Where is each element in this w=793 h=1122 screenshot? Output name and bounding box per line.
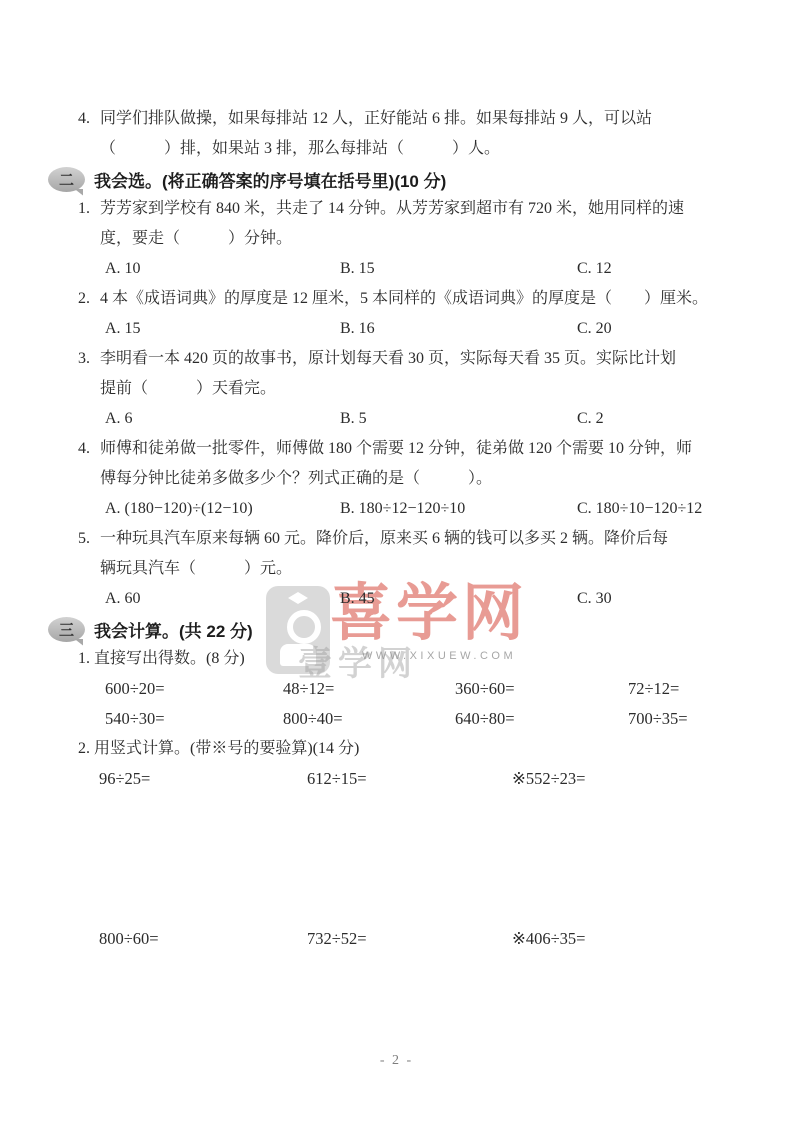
q4-line1: 4.师傅和徒弟做一批零件，师傅做 180 个需要 12 分钟，徒弟做 120 个… bbox=[0, 434, 793, 464]
q2-options-row: A. 15 B. 16 C. 20 bbox=[0, 314, 793, 344]
calc-item: ※552÷23= bbox=[512, 764, 793, 794]
q5-option-c: C. 30 bbox=[577, 584, 793, 614]
fill-item-line2: （ ）排，如果站 3 排，那么每排站（ ）人。 bbox=[0, 134, 793, 164]
section-2-title: 我会选。(将正确答案的序号填在括号里)(10 分) bbox=[94, 167, 446, 192]
calc-item: 700÷35= bbox=[628, 704, 793, 734]
paper-content: 4.同学们排队做操，如果每排站 12 人，正好能站 6 排。如果每排站 9 人，… bbox=[0, 0, 793, 1069]
calc-item: 96÷25= bbox=[99, 764, 307, 794]
q2-option-b: B. 16 bbox=[340, 314, 577, 344]
question-number: 4. bbox=[78, 434, 100, 464]
section-3-title: 我会计算。(共 22 分) bbox=[94, 617, 253, 642]
question-text: 提前（ ）天看完。 bbox=[100, 380, 276, 397]
q3-options-row: A. 6 B. 5 C. 2 bbox=[0, 404, 793, 434]
calc-item: 732÷52= bbox=[307, 924, 512, 954]
calc-item: 72÷12= bbox=[628, 674, 793, 704]
q3-option-c: C. 2 bbox=[577, 404, 793, 434]
q5-option-a: A. 60 bbox=[105, 584, 340, 614]
q4-option-c: C. 180÷10−120÷12 bbox=[577, 494, 793, 524]
fill-item-line1: 4.同学们排队做操，如果每排站 12 人，正好能站 6 排。如果每排站 9 人，… bbox=[0, 104, 793, 134]
q1-option-b: B. 15 bbox=[340, 254, 577, 284]
q4-option-a: A. (180−120)÷(12−10) bbox=[105, 494, 340, 524]
calc-item: 600÷20= bbox=[105, 674, 283, 704]
calc-item: 48÷12= bbox=[283, 674, 455, 704]
subsection-title: 1. 直接写出得数。(8 分) bbox=[78, 650, 245, 667]
q2-line1: 2.4 本《成语词典》的厚度是 12 厘米，5 本同样的《成语词典》的厚度是（ … bbox=[0, 284, 793, 314]
q1-line1: 1.芳芳家到学校有 840 米，共走了 14 分钟。从芳芳家到超市有 720 米… bbox=[0, 194, 793, 224]
question-number: 2. bbox=[78, 284, 100, 314]
working-space bbox=[0, 794, 793, 924]
oral-calc-row-2: 540÷30= 800÷40= 640÷80= 700÷35= bbox=[0, 704, 793, 734]
q1-option-c: C. 12 bbox=[577, 254, 793, 284]
q4-options-row: A. (180−120)÷(12−10) B. 180÷12−120÷10 C.… bbox=[0, 494, 793, 524]
q1-line2: 度，要走（ ）分钟。 bbox=[0, 224, 793, 254]
q2-option-a: A. 15 bbox=[105, 314, 340, 344]
question-text: 一种玩具汽车原来每辆 60 元。降价后，原来买 6 辆的钱可以多买 2 辆。降价… bbox=[100, 530, 668, 547]
calc-item: ※406÷35= bbox=[512, 924, 793, 954]
calc-item: 640÷80= bbox=[455, 704, 628, 734]
q4-option-b: B. 180÷12−120÷10 bbox=[340, 494, 577, 524]
q5-line2: 辆玩具汽车（ ）元。 bbox=[0, 554, 793, 584]
question-text: 傅每分钟比徒弟多做多少个？列式正确的是（ ）。 bbox=[100, 470, 492, 487]
q1-options-row: A. 10 B. 15 C. 12 bbox=[0, 254, 793, 284]
calc-item: 540÷30= bbox=[105, 704, 283, 734]
question-text: （ ）排，如果站 3 排，那么每排站（ ）人。 bbox=[100, 140, 500, 157]
column-calc-row-1: 96÷25= 612÷15= ※552÷23= bbox=[0, 764, 793, 794]
oral-calc-row-1: 600÷20= 48÷12= 360÷60= 72÷12= bbox=[0, 674, 793, 704]
question-text: 辆玩具汽车（ ）元。 bbox=[100, 560, 292, 577]
question-number: 1. bbox=[78, 194, 100, 224]
question-number: 5. bbox=[78, 524, 100, 554]
sub1-title: 1. 直接写出得数。(8 分) bbox=[0, 644, 793, 674]
section-3-marker-bubble: 三 bbox=[48, 617, 85, 642]
sub2-title: 2. 用竖式计算。(带※号的要验算)(14 分) bbox=[0, 734, 793, 764]
subsection-title: 2. 用竖式计算。(带※号的要验算)(14 分) bbox=[78, 740, 359, 757]
calc-item: 612÷15= bbox=[307, 764, 512, 794]
q5-options-row: A. 60 B. 45 C. 30 bbox=[0, 584, 793, 614]
question-text: 芳芳家到学校有 840 米，共走了 14 分钟。从芳芳家到超市有 720 米，她… bbox=[100, 200, 684, 217]
question-number: 4. bbox=[78, 104, 100, 134]
section-3-marker: 三 bbox=[59, 619, 74, 640]
section-3-header: 三 我会计算。(共 22 分) bbox=[0, 614, 793, 644]
column-calc-row-2: 800÷60= 732÷52= ※406÷35= bbox=[0, 924, 793, 954]
page-number: - 2 - bbox=[0, 1053, 793, 1069]
question-text: 4 本《成语词典》的厚度是 12 厘米，5 本同样的《成语词典》的厚度是（ ）厘… bbox=[100, 290, 708, 307]
q1-option-a: A. 10 bbox=[105, 254, 340, 284]
q3-line2: 提前（ ）天看完。 bbox=[0, 374, 793, 404]
calc-item: 360÷60= bbox=[455, 674, 628, 704]
question-text: 同学们排队做操，如果每排站 12 人，正好能站 6 排。如果每排站 9 人，可以… bbox=[100, 110, 652, 127]
test-paper-page: 壹学网 喜学网 WWW.XIXUEW.COM 4.同学们排队做操，如果每排站 1… bbox=[0, 0, 793, 1122]
question-text: 师傅和徒弟做一批零件，师傅做 180 个需要 12 分钟，徒弟做 120 个需要… bbox=[100, 440, 692, 457]
q4-line2: 傅每分钟比徒弟多做多少个？列式正确的是（ ）。 bbox=[0, 464, 793, 494]
section-2-header: 二 我会选。(将正确答案的序号填在括号里)(10 分) bbox=[0, 164, 793, 194]
q5-option-b: B. 45 bbox=[340, 584, 577, 614]
section-2-marker-bubble: 二 bbox=[48, 167, 85, 192]
q3-line1: 3.李明看一本 420 页的故事书，原计划每天看 30 页，实际每天看 35 页… bbox=[0, 344, 793, 374]
q3-option-b: B. 5 bbox=[340, 404, 577, 434]
q3-option-a: A. 6 bbox=[105, 404, 340, 434]
calc-item: 800÷40= bbox=[283, 704, 455, 734]
calc-item: 800÷60= bbox=[99, 924, 307, 954]
q5-line1: 5.一种玩具汽车原来每辆 60 元。降价后，原来买 6 辆的钱可以多买 2 辆。… bbox=[0, 524, 793, 554]
question-text: 李明看一本 420 页的故事书，原计划每天看 30 页，实际每天看 35 页。实… bbox=[100, 350, 676, 367]
question-number: 3. bbox=[78, 344, 100, 374]
q2-option-c: C. 20 bbox=[577, 314, 793, 344]
question-text: 度，要走（ ）分钟。 bbox=[100, 230, 292, 247]
section-2-marker: 二 bbox=[59, 169, 74, 190]
